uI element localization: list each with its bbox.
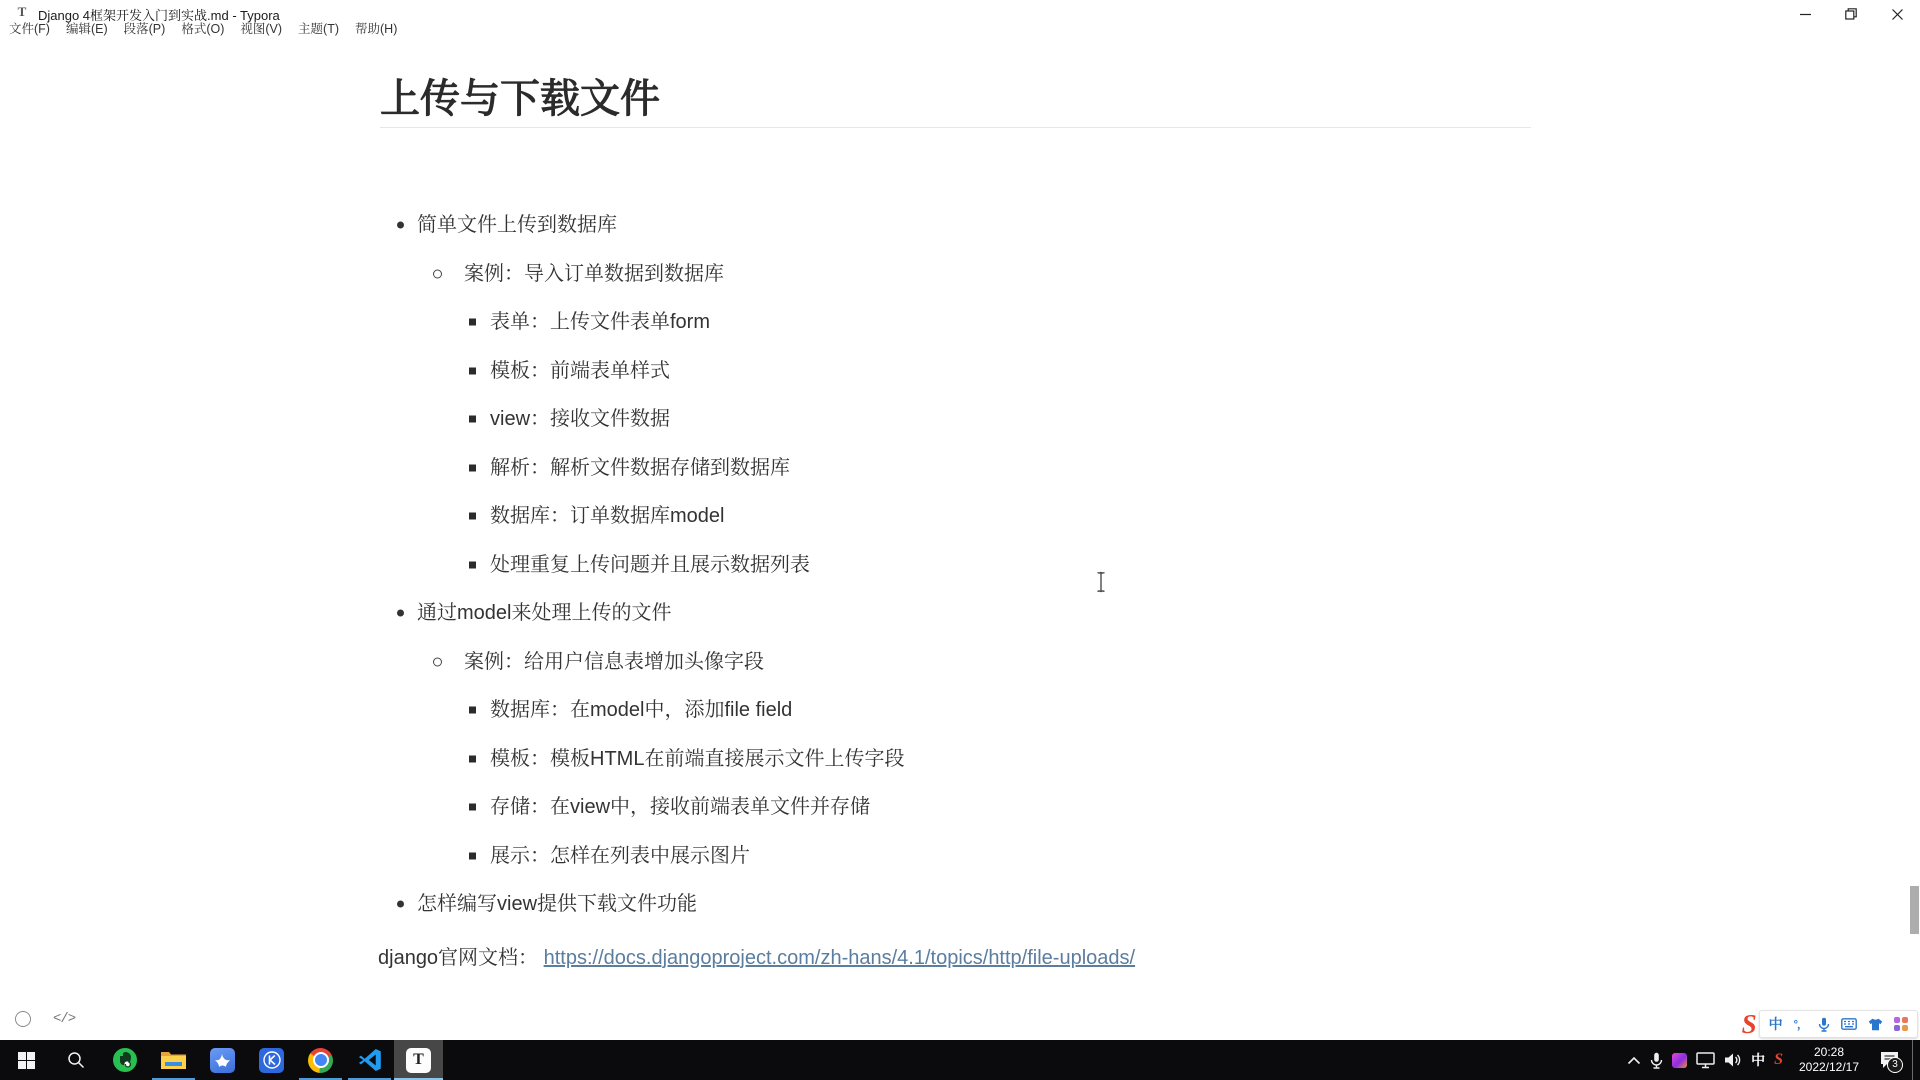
list-item[interactable]: 模板：模板HTML在前端直接展示文件上传字段 — [0, 735, 1700, 784]
notification-badge: 3 — [1887, 1057, 1903, 1073]
list-item[interactable]: 解析：解析文件数据存储到数据库 — [0, 444, 1700, 493]
cube-app-icon[interactable] — [1672, 1053, 1687, 1068]
typora-icon: T — [406, 1048, 431, 1073]
taskbar-search-button[interactable] — [51, 1040, 100, 1080]
xunlei-icon — [210, 1048, 235, 1073]
list-item[interactable]: 简单文件上传到数据库 — [0, 201, 1700, 250]
square-bullet-icon — [469, 319, 476, 326]
square-bullet-icon — [469, 367, 476, 374]
list-item-text[interactable]: 案例：给用户信息表增加头像字段 — [464, 651, 764, 673]
clock-time: 20:28 — [1792, 1045, 1866, 1060]
outline-circle-icon[interactable] — [15, 1011, 31, 1027]
restore-button[interactable] — [1828, 0, 1874, 28]
system-tray: 中 S 20:28 2022/12/17 3 — [1627, 1040, 1920, 1080]
document-outline[interactable]: 简单文件上传到数据库案例：导入订单数据到数据库表单：上传文件表单form模板：前… — [0, 201, 1700, 929]
vertical-scrollbar-thumb[interactable] — [1910, 886, 1919, 934]
menu-item[interactable]: 帮助(H) — [347, 19, 405, 37]
list-item[interactable]: 表单：上传文件表单form — [0, 298, 1700, 347]
list-item-text[interactable]: 模板：模板HTML在前端直接展示文件上传字段 — [490, 748, 904, 770]
search-icon — [67, 1051, 85, 1069]
grid-dot — [1894, 1025, 1900, 1031]
doc-footer-paragraph[interactable]: django官网文档： https://docs.djangoproject.c… — [378, 944, 1135, 972]
file-explorer-icon — [160, 1049, 187, 1071]
list-item-text[interactable]: 模板：前端表单样式 — [490, 360, 670, 382]
network-display-icon[interactable] — [1696, 1052, 1715, 1069]
restore-icon — [1845, 8, 1857, 20]
screen: { "titlebar": { "app_icon": "T", "title"… — [0, 0, 1920, 1080]
doc-footer-prefix[interactable]: django官网文档： — [378, 947, 538, 969]
menu-item[interactable]: 视图(V) — [232, 19, 290, 37]
clock-date: 2022/12/17 — [1792, 1060, 1866, 1075]
list-item-text[interactable]: 怎样编写view提供下载文件功能 — [417, 893, 697, 915]
menu-item[interactable]: 主题(T) — [290, 19, 347, 37]
tray-microphone-icon[interactable] — [1650, 1052, 1663, 1069]
page-title[interactable]: 上传与下载文件 — [380, 76, 1531, 128]
sogou-toolbar-tray: 中 °， — [1759, 1010, 1918, 1038]
list-item[interactable]: view：接收文件数据 — [0, 395, 1700, 444]
circle-bullet-icon — [433, 657, 442, 666]
list-item-text[interactable]: 展示：怎样在列表中展示图片 — [490, 845, 750, 867]
square-bullet-icon — [469, 804, 476, 811]
typora-app-icon: T — [15, 4, 29, 19]
vscode-icon — [358, 1048, 382, 1072]
list-item-text[interactable]: 数据库：订单数据库model — [490, 505, 724, 527]
taskbar-clock[interactable]: 20:28 2022/12/17 — [1792, 1045, 1866, 1075]
menu-item[interactable]: 格式(O) — [173, 19, 232, 37]
action-center-button[interactable]: 3 — [1875, 1040, 1903, 1080]
sogou-logo-icon[interactable]: S — [1742, 1009, 1757, 1040]
taskbar-apps: T — [2, 1040, 443, 1080]
list-item-text[interactable]: 存储：在view中，接收前端表单文件并存储 — [490, 796, 870, 818]
skin-shirt-icon[interactable] — [1868, 1018, 1883, 1031]
list-item[interactable]: 案例：导入订单数据到数据库 — [0, 250, 1700, 299]
square-bullet-icon — [469, 852, 476, 859]
chrome-icon — [308, 1048, 333, 1073]
list-item-text[interactable]: 案例：导入订单数据到数据库 — [464, 263, 724, 285]
keyboard-icon[interactable] — [1841, 1018, 1857, 1030]
taskbar-app-xunlei[interactable] — [198, 1040, 247, 1080]
disc-bullet-icon — [397, 610, 404, 617]
sogou-tray-icon[interactable]: S — [1774, 1051, 1783, 1069]
disc-bullet-icon — [397, 222, 404, 229]
list-item-text[interactable]: 简单文件上传到数据库 — [417, 214, 617, 236]
taskbar-app-chrome[interactable] — [296, 1040, 345, 1080]
list-item-text[interactable]: 解析：解析文件数据存储到数据库 — [490, 457, 790, 479]
square-bullet-icon — [469, 755, 476, 762]
list-item[interactable]: 展示：怎样在列表中展示图片 — [0, 832, 1700, 881]
list-item-text[interactable]: 数据库：在model中，添加file field — [490, 699, 792, 721]
list-item-text[interactable]: view：接收文件数据 — [490, 408, 670, 430]
menu-item[interactable]: 编辑(E) — [58, 19, 116, 37]
list-item[interactable]: 数据库：订单数据库model — [0, 492, 1700, 541]
disc-bullet-icon — [397, 901, 404, 908]
minimize-button[interactable] — [1782, 0, 1828, 28]
microphone-icon[interactable] — [1818, 1017, 1830, 1032]
list-item[interactable]: 通过model来处理上传的文件 — [0, 589, 1700, 638]
list-item[interactable]: 模板：前端表单样式 — [0, 347, 1700, 396]
list-item-text[interactable]: 表单：上传文件表单form — [490, 311, 710, 333]
menu-item[interactable]: 文件(F) — [1, 19, 58, 37]
taskbar-app-evernote[interactable] — [100, 1040, 149, 1080]
django-docs-link[interactable]: https://docs.djangoproject.com/zh-hans/4… — [544, 947, 1135, 969]
close-icon — [1892, 9, 1903, 20]
start-button[interactable] — [2, 1040, 51, 1080]
grid-dot — [1902, 1025, 1908, 1031]
taskbar-app-file-explorer[interactable] — [149, 1040, 198, 1080]
sogou-ime-toolbar: S 中 °， — [1742, 1010, 1918, 1038]
volume-icon[interactable] — [1724, 1052, 1742, 1068]
list-item[interactable]: 存储：在view中，接收前端表单文件并存储 — [0, 783, 1700, 832]
square-bullet-icon — [469, 464, 476, 471]
square-bullet-icon — [469, 416, 476, 423]
list-item[interactable]: 数据库：在model中，添加file field — [0, 686, 1700, 735]
windows-logo-icon — [18, 1052, 35, 1069]
ime-mode-icon[interactable]: 中 — [1769, 1014, 1783, 1034]
grid-dot — [1902, 1017, 1908, 1023]
punctuation-icon[interactable]: °， — [1794, 1016, 1807, 1032]
taskbar: T 中 S 20:28 2022/12/17 — [0, 1040, 1920, 1080]
taskbar-app-typora[interactable]: T — [394, 1040, 443, 1080]
show-desktop-button[interactable] — [1912, 1040, 1918, 1080]
chevron-up-icon[interactable] — [1627, 1056, 1641, 1065]
source-code-icon[interactable]: </> — [53, 1011, 75, 1027]
square-bullet-icon — [469, 561, 476, 568]
circle-bullet-icon — [433, 269, 442, 278]
ime-language-indicator[interactable]: 中 — [1751, 1050, 1765, 1070]
taskbar-app-k[interactable] — [247, 1040, 296, 1080]
square-bullet-icon — [469, 707, 476, 714]
toolbox-grid-icon[interactable] — [1894, 1017, 1908, 1031]
menu-item[interactable]: 段落(P) — [116, 19, 174, 37]
taskbar-app-vscode[interactable] — [345, 1040, 394, 1080]
list-item-text[interactable]: 处理重复上传问题并且展示数据列表 — [490, 554, 810, 576]
window-controls — [1782, 0, 1920, 28]
list-item[interactable]: 案例：给用户信息表增加头像字段 — [0, 638, 1700, 687]
ibeam-cursor — [1095, 571, 1107, 593]
minimize-icon — [1800, 9, 1811, 20]
list-item-text[interactable]: 通过model来处理上传的文件 — [417, 602, 671, 624]
menu-bar: 文件(F)编辑(E)段落(P)格式(O)视图(V)主题(T)帮助(H) — [1, 20, 405, 36]
editor-status-bar: </> — [15, 1011, 75, 1027]
close-button[interactable] — [1874, 0, 1920, 28]
list-item[interactable]: 处理重复上传问题并且展示数据列表 — [0, 541, 1700, 590]
list-item[interactable]: 怎样编写view提供下载文件功能 — [0, 880, 1700, 929]
evernote-icon — [112, 1047, 138, 1073]
square-bullet-icon — [469, 513, 476, 520]
grid-dot — [1894, 1017, 1900, 1023]
k-app-icon — [259, 1048, 284, 1073]
